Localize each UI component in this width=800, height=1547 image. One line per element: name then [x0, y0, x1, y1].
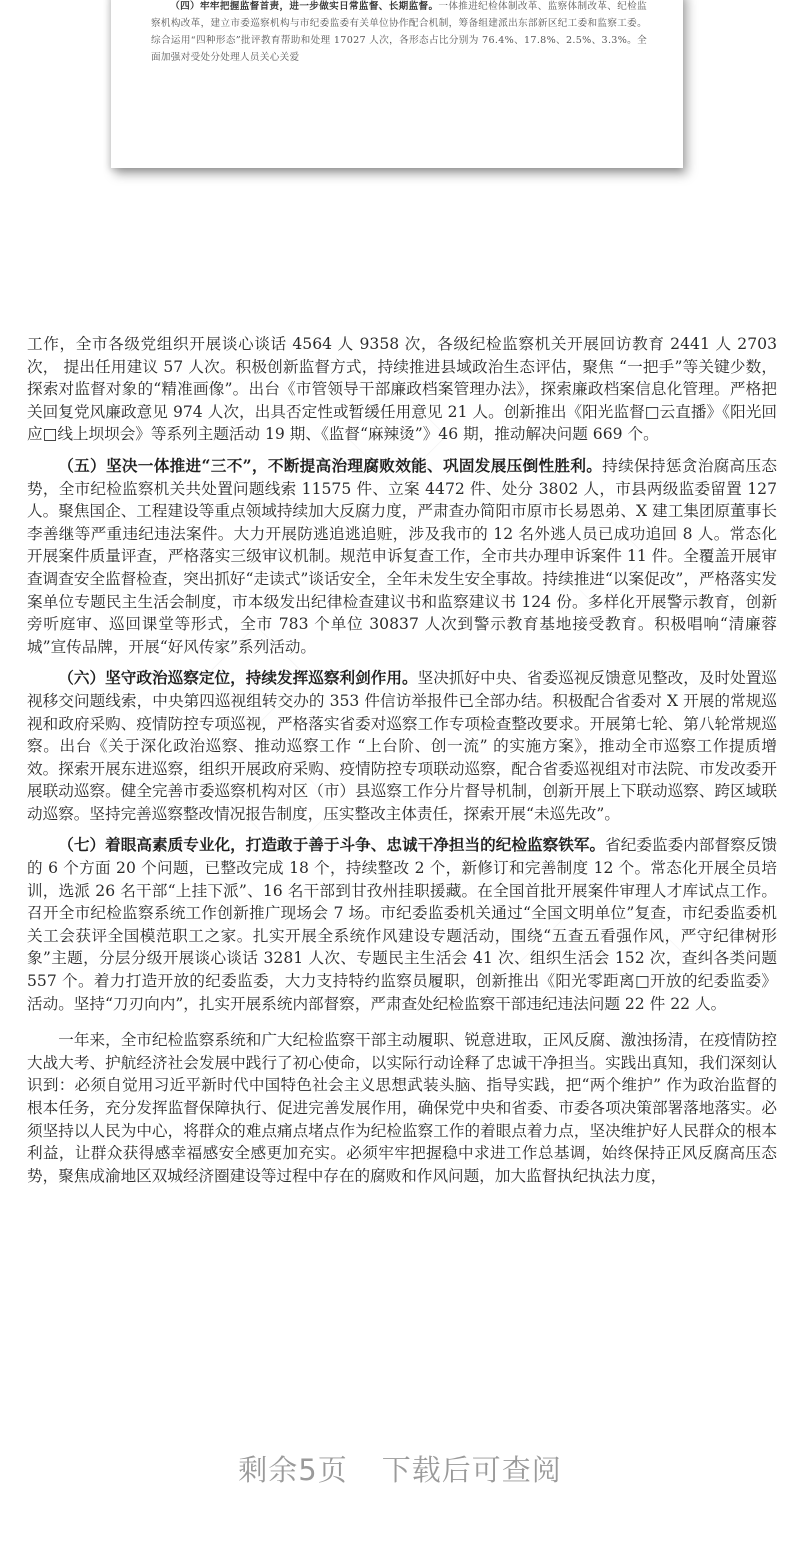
section-heading: （七）着眼高素质专业化，打造敢于善于斗争、忠诚干净担当的纪检监察铁军。	[58, 835, 605, 854]
paragraph-continuation: 工作，全市各级党组织开展谈心谈话 4564 人 9358 次，各级纪检监察机关开…	[27, 333, 777, 446]
paragraph-text: 工作，全市各级党组织开展谈心谈话 4564 人 9358 次，各级纪检监察机关开…	[27, 335, 777, 443]
document-body: 工作，全市各级党组织开展谈心谈话 4564 人 9358 次，各级纪检监察机关开…	[27, 333, 777, 1187]
section-heading: （五）坚决一体推进“三不”，不断提高治理腐败效能、巩固发展压倒性胜利。	[58, 456, 602, 475]
remaining-pages-label: 剩余5页	[238, 1453, 347, 1487]
preview-paragraph: （四）牢牢把握监督首责，进一步做实日常监督、长期监督。一体推进纪检体制改革、监察…	[151, 0, 647, 66]
paragraph-section-7: （七）着眼高素质专业化，打造敢于善于斗争、忠诚干净担当的纪检监察铁军。省纪委监委…	[27, 834, 777, 1015]
section-heading: （六）坚守政治巡察定位，持续发挥巡察利剑作用。	[58, 668, 417, 687]
paragraph-text: 省纪委监委内部督察反馈的 6 个方面 20 个问题，已整改完成 18 个，持续整…	[27, 836, 777, 1012]
paragraph-text: 坚决抓好中央、省委巡视反馈意见整改，及时处置巡视移交问题线索，中央第四巡视组转交…	[27, 669, 777, 823]
paragraph-text: 持续保持惩贪治腐高压态势，全市纪检监察机关共处置问题线索 11575 件、立案 …	[27, 457, 777, 656]
download-prompt-label: 下载后可查阅	[382, 1453, 562, 1487]
paragraph-section-5: （五）坚决一体推进“三不”，不断提高治理腐败效能、巩固发展压倒性胜利。持续保持惩…	[27, 455, 777, 658]
preview-page-card: （四）牢牢把握监督首责，进一步做实日常监督、长期监督。一体推进纪检体制改革、监察…	[111, 0, 683, 168]
download-to-read-more-button[interactable]: 剩余5页下载后可查阅	[0, 1448, 800, 1489]
paragraph-section-6: （六）坚守政治巡察定位，持续发挥巡察利剑作用。坚决抓好中央、省委巡视反馈意见整改…	[27, 667, 777, 825]
paragraph-summary: 一年来，全市纪检监察系统和广大纪检监察干部主动履职、锐意进取，正风反腐、激浊扬清…	[27, 1029, 777, 1187]
paragraph-text: 一年来，全市纪检监察系统和广大纪检监察干部主动履职、锐意进取，正风反腐、激浊扬清…	[27, 1031, 777, 1185]
preview-heading: （四）牢牢把握监督首责，进一步做实日常监督、长期监督。	[170, 1, 438, 12]
